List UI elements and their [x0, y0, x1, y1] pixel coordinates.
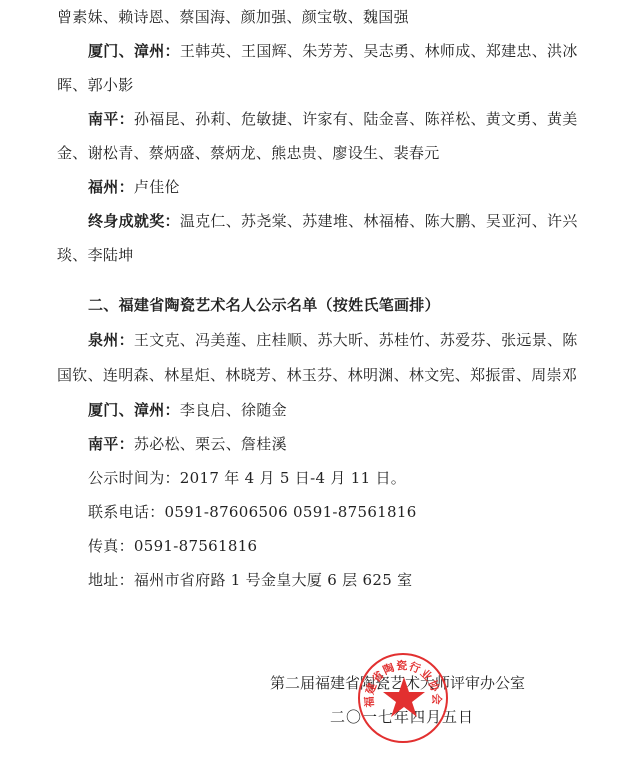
region-nanping: 南平：孙福昆、孙莉、危敏捷、许家有、陆金喜、陈祥松、黄文勇、黄美: [88, 110, 578, 128]
region-xiamen-zhangzhou: 厦门、漳州：王韩英、王国辉、朱芳芳、吴志勇、林师成、郑建忠、洪冰: [88, 42, 578, 60]
notice-period: 公示时间为：2017 年 4 月 5 日-4 月 11 日。: [88, 469, 406, 487]
region-quanzhou: 泉州：王文克、冯美莲、庄桂顺、苏大昕、苏桂竹、苏爱芬、张远景、陈: [88, 331, 578, 349]
region-xiamen-zhangzhou: 厦门、漳州：李良启、徐随金: [88, 401, 287, 419]
contact-fax: 传真：0591-87561816: [88, 537, 257, 555]
name-list-line: 国钦、连明森、林星炬、林晓芳、林玉芬、林明渊、林文宪、郑振雷、周崇邓: [57, 366, 577, 384]
region-label: 厦门、漳州：: [88, 401, 180, 419]
region-nanping: 南平：苏必松、栗云、詹桂溪: [88, 435, 287, 453]
award-label: 终身成就奖：: [88, 212, 180, 230]
contact-phone: 联系电话：0591-87606506 0591-87561816: [88, 503, 417, 521]
name-list-line: 金、谢松青、蔡炳盛、蔡炳龙、熊忠贵、廖设生、裴春元: [57, 144, 440, 162]
region-label: 厦门、漳州：: [88, 42, 180, 60]
star-icon: [382, 675, 426, 719]
name-list-line: 曾素妹、赖诗恩、蔡国海、颜加强、颜宝敬、魏国强: [57, 8, 409, 26]
section-heading: 二、福建省陶瓷艺术名人公示名单（按姓氏笔画排）: [88, 296, 440, 314]
region-label: 福州：: [88, 178, 134, 196]
lifetime-achievement: 终身成就奖：温克仁、苏尧棠、苏建堆、林福椿、陈大鹏、吴亚河、许兴: [88, 212, 578, 230]
name-list-line: 琰、李陆坤: [57, 246, 134, 264]
region-label: 泉州：: [88, 331, 134, 349]
name-list-line: 晖、郭小影: [57, 76, 134, 94]
contact-address: 地址：福州市省府路 1 号金皇大厦 6 层 625 室: [88, 571, 412, 589]
region-fuzhou: 福州：卢佳伦: [88, 178, 180, 196]
region-label: 南平：: [88, 110, 134, 128]
official-seal: 福建省陶瓷行业协会: [358, 653, 448, 743]
region-label: 南平：: [88, 435, 134, 453]
